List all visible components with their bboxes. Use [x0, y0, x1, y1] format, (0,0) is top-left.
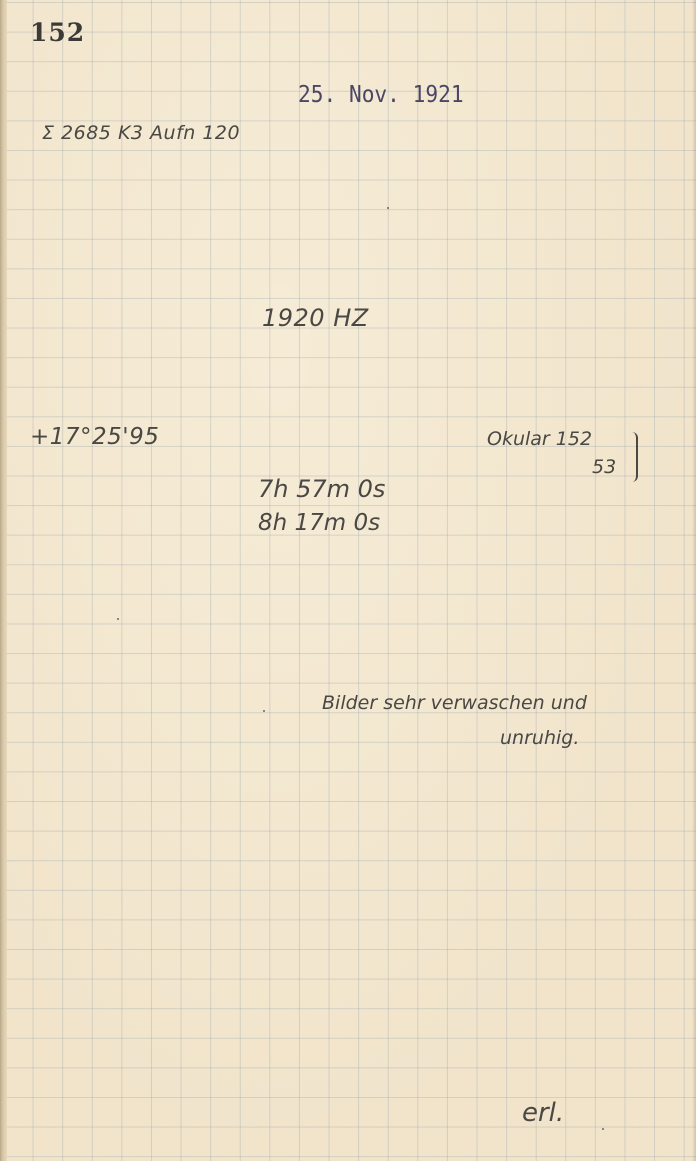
page-number: 152 — [30, 18, 85, 47]
remark-note-line-2: unruhig. — [500, 727, 579, 749]
notebook-page: 152 25. Nov. 1921 Σ 2685 K3 Aufn 120 192… — [0, 0, 696, 1161]
star-reference-note: Σ 2685 K3 Aufn 120 — [42, 122, 240, 144]
brace-mark — [628, 432, 638, 482]
page-binding-edge — [0, 0, 7, 1161]
ocular-note-second-value: 53 — [592, 456, 616, 478]
time-start-note: 7h 57m 0s — [258, 475, 385, 503]
pencil-dot-mark — [387, 207, 389, 209]
epoch-note: 1920 HZ — [262, 304, 369, 332]
declination-note: +17°25'95 — [30, 424, 159, 450]
ocular-note: Okular 152 — [487, 428, 592, 450]
sign-off-note: erl. — [522, 1098, 564, 1128]
page-right-edge — [692, 0, 696, 1161]
date-stamp: 25. Nov. 1921 — [298, 82, 464, 108]
pencil-dot-mark — [602, 1128, 604, 1130]
remark-note-line-1: Bilder sehr verwaschen und — [322, 692, 587, 714]
pencil-dot-mark — [117, 618, 119, 620]
time-end-note: 8h 17m 0s — [258, 510, 380, 536]
pencil-dot-mark — [263, 710, 265, 712]
